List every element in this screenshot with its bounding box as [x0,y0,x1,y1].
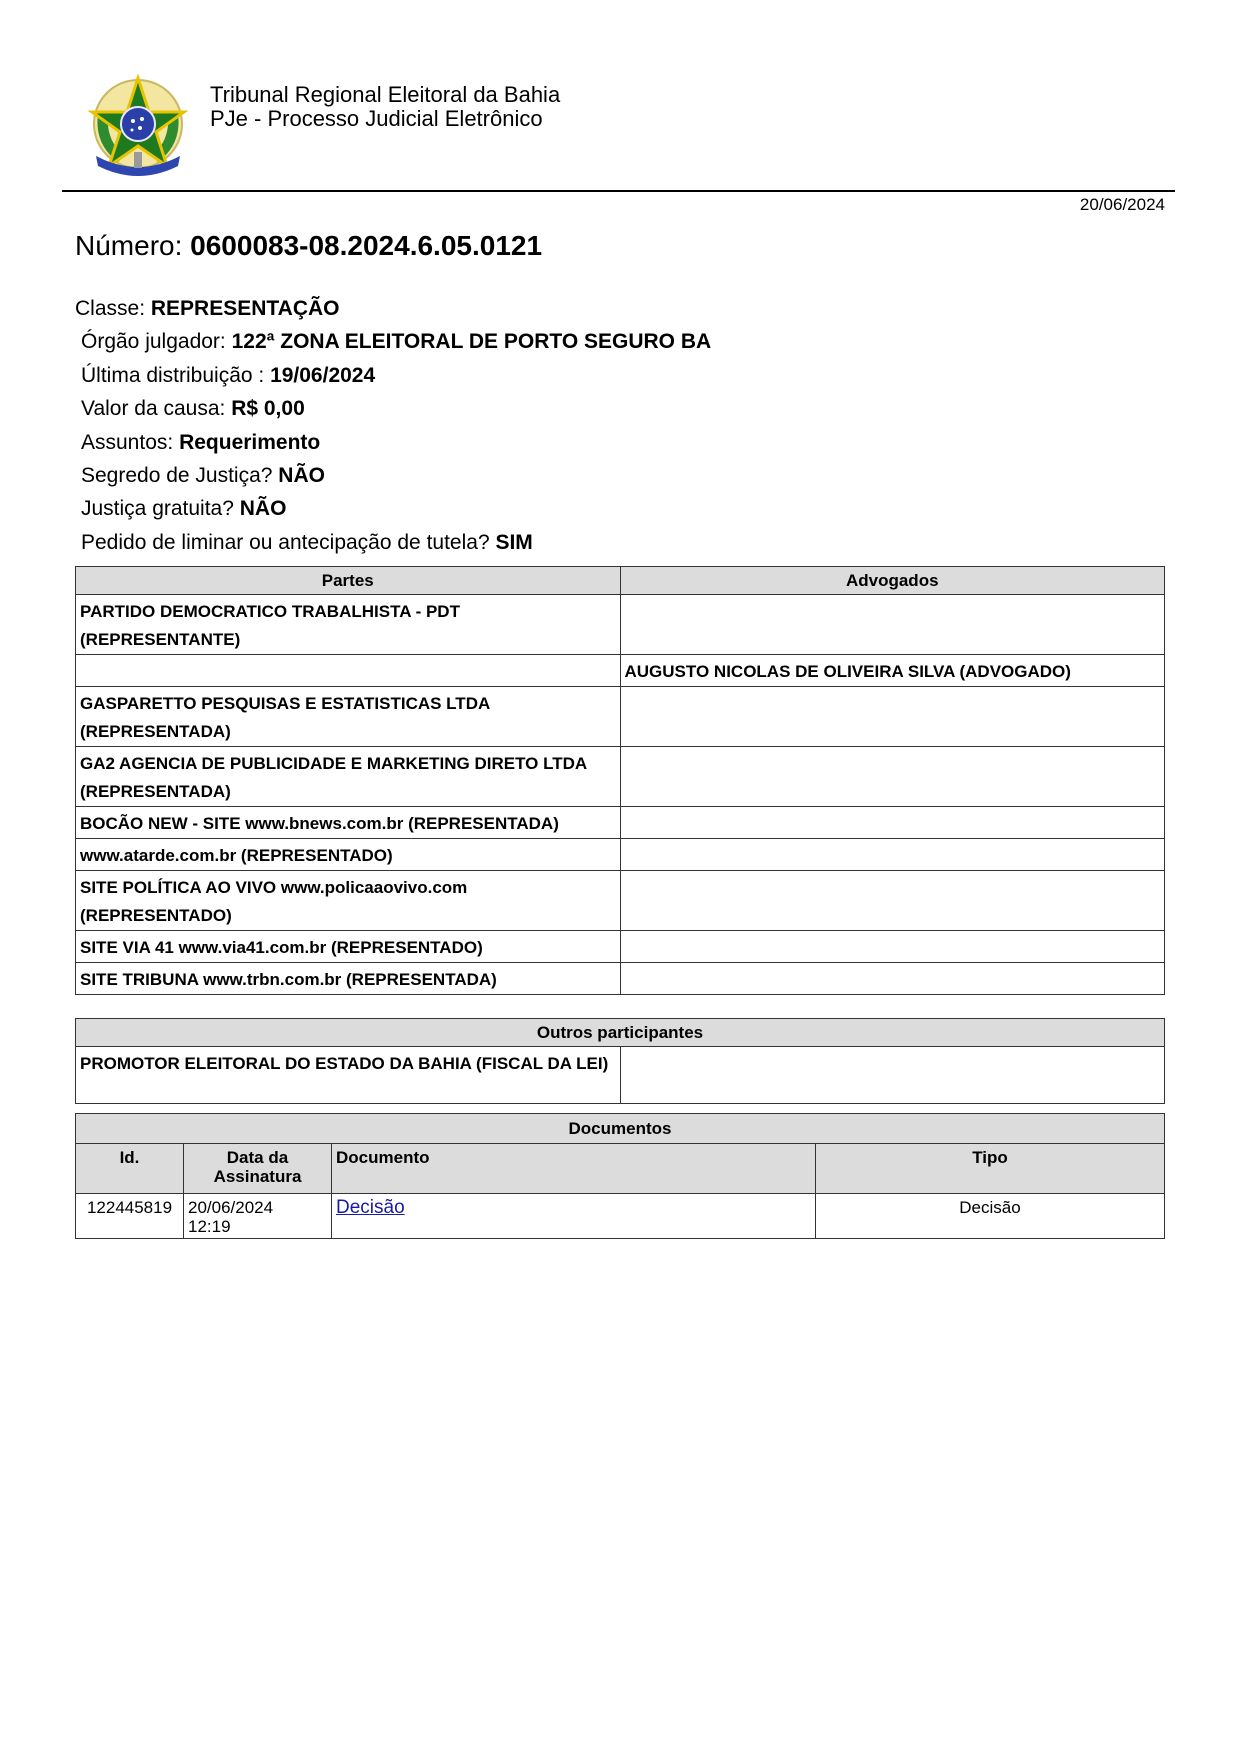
table-header-row: Outros participantes [76,1019,1165,1047]
table-row: SITE TRIBUNA www.trbn.com.br (REPRESENTA… [76,963,1165,995]
process-info: Classe: REPRESENTAÇÃO Órgão julgador: 12… [75,292,711,559]
info-pedido-liminar: Pedido de liminar ou antecipação de tute… [75,526,711,559]
outros-participantes-header: Outros participantes [76,1019,1165,1047]
participante-cell: PROMOTOR ELEITORAL DO ESTADO DA BAHIA (F… [76,1047,621,1104]
info-classe: Classe: REPRESENTAÇÃO [75,292,711,325]
table-row: PROMOTOR ELEITORAL DO ESTADO DA BAHIA (F… [76,1047,1165,1104]
process-number-value: 0600083-08.2024.6.05.0121 [190,230,542,261]
column-header-data-assinatura: Data da Assinatura [184,1144,332,1194]
print-date: 20/06/2024 [1080,195,1165,215]
table-header-row: Documentos [76,1114,1165,1144]
doc-date-cell: 20/06/2024 12:19 [184,1194,332,1239]
info-label: Justiça gratuita? [81,497,240,520]
doc-time: 12:19 [188,1217,327,1236]
table-row: GASPARETTO PESQUISAS E ESTATISTICAS LTDA… [76,687,1165,747]
info-value: REPRESENTAÇÃO [151,297,340,320]
info-orgao-julgador: Órgão julgador: 122ª ZONA ELEITORAL DE P… [75,325,711,358]
info-justica-gratuita: Justiça gratuita? NÃO [75,492,711,525]
table-row: SITE VIA 41 www.via41.com.br (REPRESENTA… [76,931,1165,963]
document-link[interactable]: Decisão [336,1197,405,1218]
info-label: Assuntos: [81,431,179,454]
advogado-cell [620,963,1165,995]
info-value: Requerimento [179,431,320,454]
column-header-advogados: Advogados [620,567,1165,595]
parte-cell: www.atarde.com.br (REPRESENTADO) [76,839,621,871]
process-number: Número: 0600083-08.2024.6.05.0121 [75,230,542,262]
column-header-tipo: Tipo [816,1144,1165,1194]
documentos-header: Documentos [76,1114,1165,1144]
info-value: 122ª ZONA ELEITORAL DE PORTO SEGURO BA [232,330,712,353]
info-label: Última distribuição : [81,364,270,387]
info-assuntos: Assuntos: Requerimento [75,426,711,459]
parte-cell: SITE TRIBUNA www.trbn.com.br (REPRESENTA… [76,963,621,995]
table-row: www.atarde.com.br (REPRESENTADO) [76,839,1165,871]
partes-table: Partes Advogados PARTIDO DEMOCRATICO TRA… [75,566,1165,995]
doc-date: 20/06/2024 [188,1198,327,1217]
system-name: PJe - Processo Judicial Eletrônico [210,107,560,131]
parte-cell: BOCÃO NEW - SITE www.bnews.com.br (REPRE… [76,807,621,839]
parte-cell [76,655,621,687]
table-row: PARTIDO DEMOCRATICO TRABALHISTA - PDT (R… [76,595,1165,655]
info-value: 19/06/2024 [270,364,375,387]
advogado-cell [620,807,1165,839]
outros-participantes-table: Outros participantes PROMOTOR ELEITORAL … [75,1018,1165,1104]
advogado-cell [620,871,1165,931]
advogado-cell [620,931,1165,963]
table-row: GA2 AGENCIA DE PUBLICIDADE E MARKETING D… [76,747,1165,807]
table-row: BOCÃO NEW - SITE www.bnews.com.br (REPRE… [76,807,1165,839]
info-ultima-distribuicao: Última distribuição : 19/06/2024 [75,359,711,392]
info-value: NÃO [240,497,287,520]
parte-cell: GA2 AGENCIA DE PUBLICIDADE E MARKETING D… [76,747,621,807]
advogado-cell [620,839,1165,871]
doc-id-cell: 122445819 [76,1194,184,1239]
doc-type-cell: Decisão [816,1194,1165,1239]
info-label: Valor da causa: [81,397,231,420]
table-columns-row: Id. Data da Assinatura Documento Tipo [76,1144,1165,1194]
column-header-id: Id. [76,1144,184,1194]
advogado-cell [620,595,1165,655]
brazil-coat-of-arms-icon [88,74,188,182]
info-label: Classe: [75,297,151,320]
advogado-cell: AUGUSTO NICOLAS DE OLIVEIRA SILVA (ADVOG… [620,655,1165,687]
info-value: SIM [495,531,532,554]
doc-name-cell: Decisão [332,1194,816,1239]
info-segredo-justica: Segredo de Justiça? NÃO [75,459,711,492]
parte-cell: PARTIDO DEMOCRATICO TRABALHISTA - PDT (R… [76,595,621,655]
info-valor-causa: Valor da causa: R$ 0,00 [75,392,711,425]
table-header-row: Partes Advogados [76,567,1165,595]
column-header-partes: Partes [76,567,621,595]
header-title: Tribunal Regional Eleitoral da Bahia PJe… [210,83,560,131]
table-row: 122445819 20/06/2024 12:19 Decisão Decis… [76,1194,1165,1239]
parte-cell: SITE VIA 41 www.via41.com.br (REPRESENTA… [76,931,621,963]
advogado-cell [620,747,1165,807]
info-value: NÃO [278,464,325,487]
info-label: Segredo de Justiça? [81,464,278,487]
parte-cell: SITE POLÍTICA AO VIVO www.policaaovivo.c… [76,871,621,931]
process-number-label: Número: [75,230,190,261]
court-name: Tribunal Regional Eleitoral da Bahia [210,83,560,107]
document-header: Tribunal Regional Eleitoral da Bahia PJe… [62,66,1175,192]
parte-cell: GASPARETTO PESQUISAS E ESTATISTICAS LTDA… [76,687,621,747]
participante-extra-cell [620,1047,1165,1104]
info-value: R$ 0,00 [231,397,305,420]
advogado-cell [620,687,1165,747]
table-row: AUGUSTO NICOLAS DE OLIVEIRA SILVA (ADVOG… [76,655,1165,687]
info-label: Pedido de liminar ou antecipação de tute… [81,531,495,554]
table-row: SITE POLÍTICA AO VIVO www.policaaovivo.c… [76,871,1165,931]
info-label: Órgão julgador: [81,330,232,353]
documentos-table: Documentos Id. Data da Assinatura Docume… [75,1113,1165,1239]
column-header-documento: Documento [332,1144,816,1194]
